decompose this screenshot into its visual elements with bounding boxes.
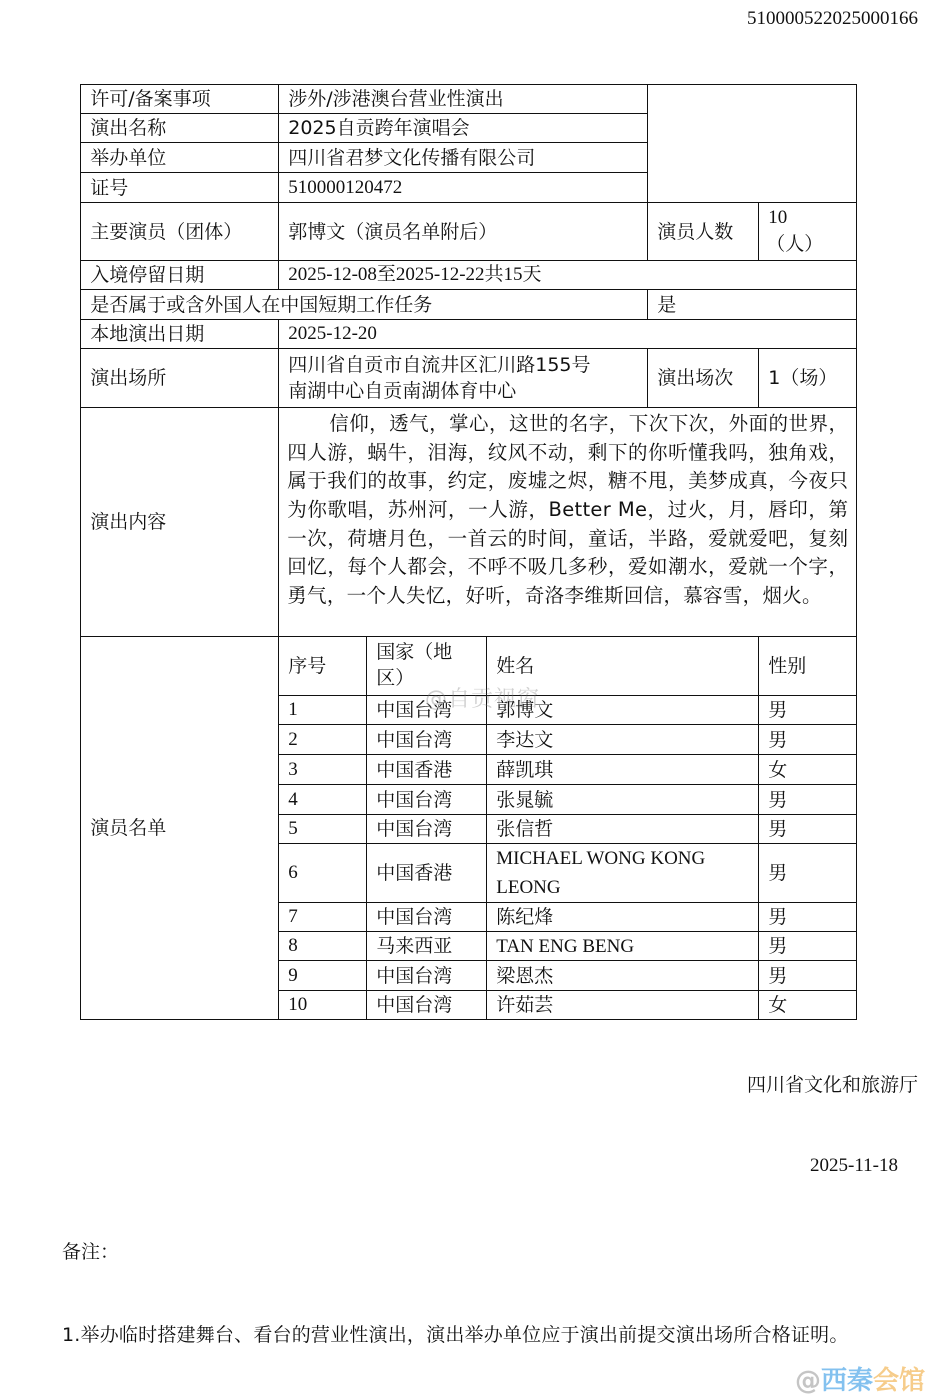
label-organizer: 举办单位 [80,142,279,173]
label-performer-list: 演员名单 [80,636,279,1020]
table-cell-gender: 男 [758,695,857,725]
table-cell-seq: 3 [278,754,367,785]
value-content: 信仰，透气，掌心，这世的名字，下次下次，外面的世界，四人游，蜗牛，泪海，纹风不动… [278,407,857,637]
label-venue: 演出场所 [80,348,279,408]
table-cell-seq: 1 [278,695,367,725]
table-cell-name: 李达文 [486,724,759,755]
header-country: 国家（地区） [366,636,487,696]
issue-date: 2025-11-18 [810,1155,898,1177]
table-cell-country: 中国台湾 [366,990,487,1020]
label-main-performer: 主要演员（团体） [80,202,279,261]
table-cell-country: 中国台湾 [366,814,487,844]
value-venue: 四川省自贡市自流井区汇川路155号 南湖中心自贡南湖体育中心 [278,348,648,408]
label-foreign-short-term: 是否属于或含外国人在中国短期工作任务 [80,289,648,320]
table-cell-name: 郭博文 [486,695,759,725]
document-number: 510000522025000166 [747,8,918,30]
table-cell-seq: 7 [278,902,367,932]
value-cert-no: 510000120472 [278,172,648,203]
value-permit-item: 涉外/涉港澳台营业性演出 [278,84,648,114]
table-cell-country: 马来西亚 [366,931,487,961]
table-cell-gender: 男 [758,960,857,991]
value-stay-dates: 2025-12-08至2025-12-22共15天 [278,260,857,290]
table-cell-name: 薛凯琪 [486,754,759,785]
table-cell-name: 梁恩杰 [486,960,759,991]
label-show-count: 演出场次 [647,348,759,408]
label-performer-count: 演员人数 [647,202,759,261]
value-foreign-short-term: 是 [647,289,857,320]
table-cell-gender: 男 [758,843,857,903]
label-show-name: 演出名称 [80,113,279,143]
table-cell-seq: 5 [278,814,367,844]
label-content: 演出内容 [80,407,279,637]
table-cell-seq: 4 [278,784,367,815]
table-cell-gender: 男 [758,814,857,844]
table-cell-gender: 男 [758,902,857,932]
table-cell-seq: 2 [278,724,367,755]
issuer: 四川省文化和旅游厅 [747,1070,918,1097]
table-cell-country: 中国香港 [366,843,487,903]
header-gender: 性别 [758,636,857,696]
value-show-count: 1（场） [758,348,857,408]
table-cell-country: 中国台湾 [366,724,487,755]
header-name: 姓名 [486,636,759,696]
table-cell-gender: 男 [758,724,857,755]
table-cell-country: 中国台湾 [366,695,487,725]
table-cell-name: 陈纪烽 [486,902,759,932]
table-cell-name: 许茹芸 [486,990,759,1020]
table-cell-gender: 男 [758,784,857,815]
table-cell-gender: 女 [758,990,857,1020]
weibo-icon: @ [795,1366,821,1396]
label-local-date: 本地演出日期 [80,319,279,349]
blank-merged-cell [647,84,857,203]
table-cell-name: 张晁毓 [486,784,759,815]
table-cell-seq: 8 [278,931,367,961]
notes-title: 备注： [62,1237,119,1264]
table-cell-name: MICHAEL WONG KONG LEONG [486,843,759,903]
value-show-name: 2025自贡跨年演唱会 [278,113,648,143]
value-organizer: 四川省君梦文化传播有限公司 [278,142,648,173]
value-local-date: 2025-12-20 [278,319,857,349]
table-cell-name: 张信哲 [486,814,759,844]
table-cell-gender: 男 [758,931,857,961]
table-cell-country: 中国台湾 [366,960,487,991]
header-seq: 序号 [278,636,367,696]
table-cell-country: 中国台湾 [366,784,487,815]
label-cert-no: 证号 [80,172,279,203]
value-main-performer: 郭博文（演员名单附后） [278,202,648,261]
table-cell-gender: 女 [758,754,857,785]
table-cell-name: TAN ENG BENG [486,931,759,961]
value-performer-count: 10 （人） [758,202,857,261]
watermark-corner: @西秦会馆 [795,1360,925,1397]
label-permit-item: 许可/备案事项 [80,84,279,114]
table-cell-country: 中国台湾 [366,902,487,932]
label-stay-dates: 入境停留日期 [80,260,279,290]
table-cell-country: 中国香港 [366,754,487,785]
table-cell-seq: 6 [278,843,367,903]
table-cell-seq: 10 [278,990,367,1020]
table-cell-seq: 9 [278,960,367,991]
notes-item-1: 1.举办临时搭建舞台、看台的营业性演出，演出举办单位应于演出前提交演出场所合格证… [62,1320,849,1347]
